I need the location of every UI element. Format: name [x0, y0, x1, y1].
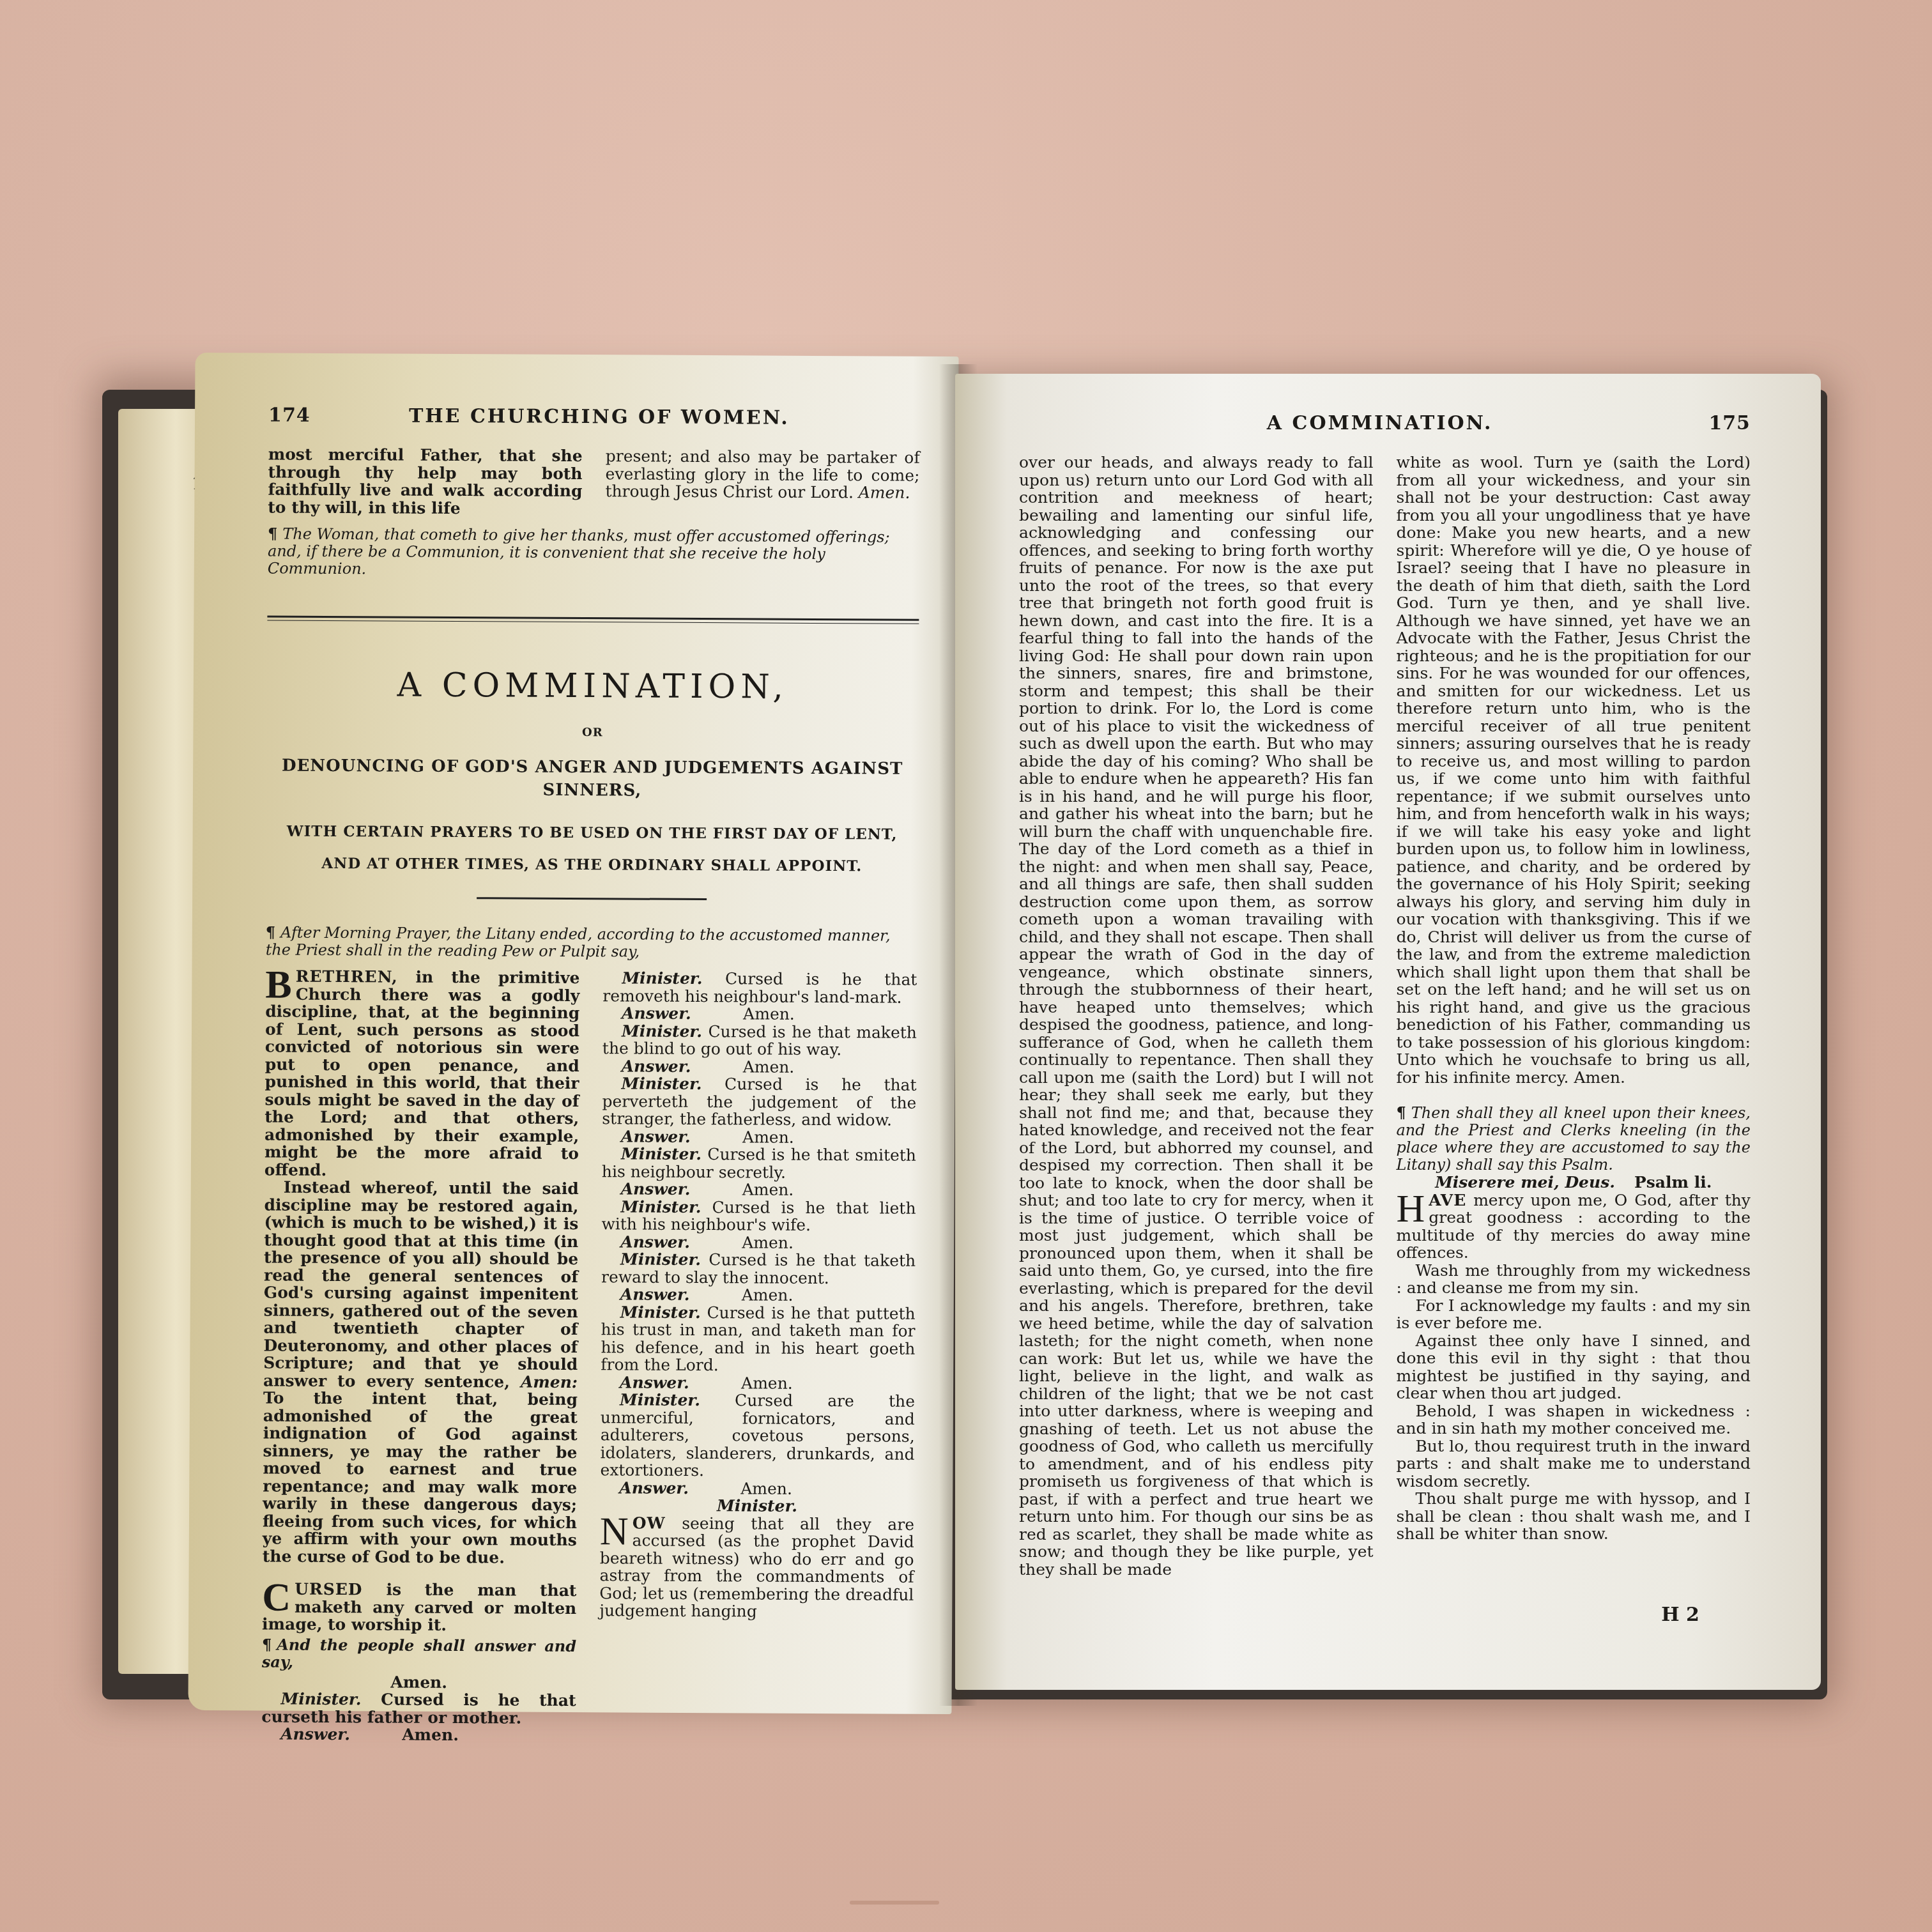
psalm-verse: But lo, thou requirest truth in the inwa… [1397, 1437, 1751, 1491]
versicle: Minister. Cursed is he that taketh rewar… [601, 1250, 916, 1287]
versicle-answer: Answer.Amen. [261, 1725, 576, 1744]
page-number: 174 [268, 404, 310, 426]
page-number: 175 [1708, 412, 1751, 434]
drop-cap: N [600, 1515, 629, 1547]
versicle: Minister. Cursed is he that putteth his … [601, 1303, 916, 1376]
title-or: OR [266, 724, 918, 740]
exhortation-col-left: over our heads, and always ready to fall… [1019, 454, 1374, 1578]
exhortation-text: over our heads, and always ready to fall… [1019, 454, 1374, 1578]
commination-col-right: Minister. Cursed is he that removeth his… [599, 969, 917, 1746]
cursed-paragraph: CURSED is the man that maketh any carved… [262, 1580, 576, 1634]
running-head-title: THE CHURCHING OF WOMEN. [310, 404, 889, 430]
pilcrow-icon: ¶ [268, 524, 277, 542]
section-subtitle-2a: WITH CERTAIN PRAYERS TO BE USED ON THE F… [266, 815, 918, 850]
versicle-answer: Answer.Amen. [601, 1233, 916, 1252]
psalm-verse: Against thee only have I sinned, and don… [1397, 1332, 1751, 1402]
double-rule-divider [267, 615, 919, 624]
section-subtitle: DENOUNCING OF GOD'S ANGER AND JUDGEMENTS… [266, 754, 918, 803]
signature-mark: H 2 [1019, 1604, 1751, 1626]
psalm-verses: HAVE mercy upon me, O God, after thy gre… [1397, 1192, 1751, 1543]
floor-scuff [850, 1901, 939, 1905]
rubric-kneel: ¶Then shall they all kneel upon their kn… [1397, 1104, 1751, 1174]
prayer-col-1: most merciful Father, that she through t… [268, 445, 583, 517]
people-amen: Amen. [262, 1673, 576, 1692]
pilcrow-icon: ¶ [266, 923, 275, 941]
versicle-answer: Answer.Amen. [602, 1180, 916, 1199]
minister-heading: Minister. [600, 1496, 914, 1515]
left-page: 174 THE CHURCHING OF WOMEN. most mercifu… [188, 353, 958, 1714]
psalm-heading: Miserere mei, Deus.Psalm li. [1397, 1174, 1751, 1192]
brethren-paragraph: BRETHREN, in the primitive Church there … [264, 967, 580, 1180]
versicle-answer: Answer.Amen. [601, 1374, 915, 1393]
versicle: Minister. Cursed is he that maketh the b… [602, 1022, 917, 1059]
now-paragraph: NOW seeing that all they are accursed (a… [599, 1514, 914, 1621]
commination-col-left: BRETHREN, in the primitive Church there … [261, 967, 579, 1744]
drop-cap: B [265, 969, 292, 1000]
rubric-offering: ¶The Woman, that cometh to give her than… [268, 525, 919, 580]
versicle-answer: Answer.Amen. [600, 1479, 914, 1498]
pilcrow-icon: ¶ [262, 1635, 272, 1653]
versicle-father: Minister. Cursed is he that curseth his … [261, 1690, 576, 1727]
versicle: Minister. Cursed is he that perverteth t… [602, 1075, 916, 1129]
drop-cap: C [262, 1581, 291, 1613]
right-running-head: A COMMINATION. 175 [1019, 412, 1751, 434]
left-running-head: 174 THE CHURCHING OF WOMEN. [268, 404, 920, 429]
versicle-answer: Answer.Amen. [602, 1057, 917, 1077]
versicle-answer: Answer.Amen. [602, 1128, 916, 1147]
instead-paragraph: Instead whereof, until the said discipli… [263, 1178, 579, 1567]
section-title: A COMMINATION, [267, 665, 919, 707]
exhortation-col-right: white as wool. Turn ye (saith the Lord) … [1397, 454, 1751, 1578]
running-head-title: A COMMINATION. [1051, 412, 1708, 434]
versicle: Minister. Cursed is he that smiteth his … [602, 1145, 916, 1182]
commination-body: BRETHREN, in the primitive Church there … [261, 967, 917, 1746]
psalm-verse: Thou shalt purge me with hyssop, and I s… [1397, 1490, 1751, 1543]
psalm-verse: Behold, I was shapen in wickedness : and… [1397, 1402, 1751, 1437]
versicle: Minister. Cursed is he that removeth his… [602, 969, 917, 1006]
rubric-morning-prayer: ¶After Morning Prayer, the Litany ended,… [266, 923, 917, 962]
psalm-verse: For I acknowledge my faults : and my sin… [1397, 1297, 1751, 1332]
pilcrow-icon: ¶ [1397, 1103, 1406, 1122]
psalm-verse: Wash me throughly from my wickedness : a… [1397, 1262, 1751, 1297]
versicle-answer: Answer.Amen. [601, 1285, 916, 1305]
rubric-people: ¶And the people shall answer and say, [262, 1636, 576, 1672]
prayer-continuation: most merciful Father, that she through t… [268, 445, 920, 519]
psalm-verse: HAVE mercy upon me, O God, after thy gre… [1397, 1192, 1751, 1262]
versicle: Minister. Cursed are the unmerciful, for… [600, 1391, 915, 1480]
right-page: A COMMINATION. 175 over our heads, and a… [955, 374, 1821, 1690]
versicle-answer: Answer.Amen. [602, 1004, 917, 1023]
commination-exhortation: over our heads, and always ready to fall… [1019, 454, 1751, 1578]
prayer-col-2: present; and also may be partaker of eve… [605, 447, 919, 502]
section-subtitle-2b: AND AT OTHER TIMES, AS THE ORDINARY SHAL… [266, 847, 917, 882]
versicle-list: Minister. Cursed is he that removeth his… [600, 969, 917, 1498]
short-rule-divider [477, 897, 707, 900]
exhortation-text-cont: white as wool. Turn ye (saith the Lord) … [1397, 454, 1751, 1086]
drop-cap: H [1397, 1193, 1425, 1225]
versicle: Minister. Cursed is he that lieth with h… [601, 1198, 916, 1235]
